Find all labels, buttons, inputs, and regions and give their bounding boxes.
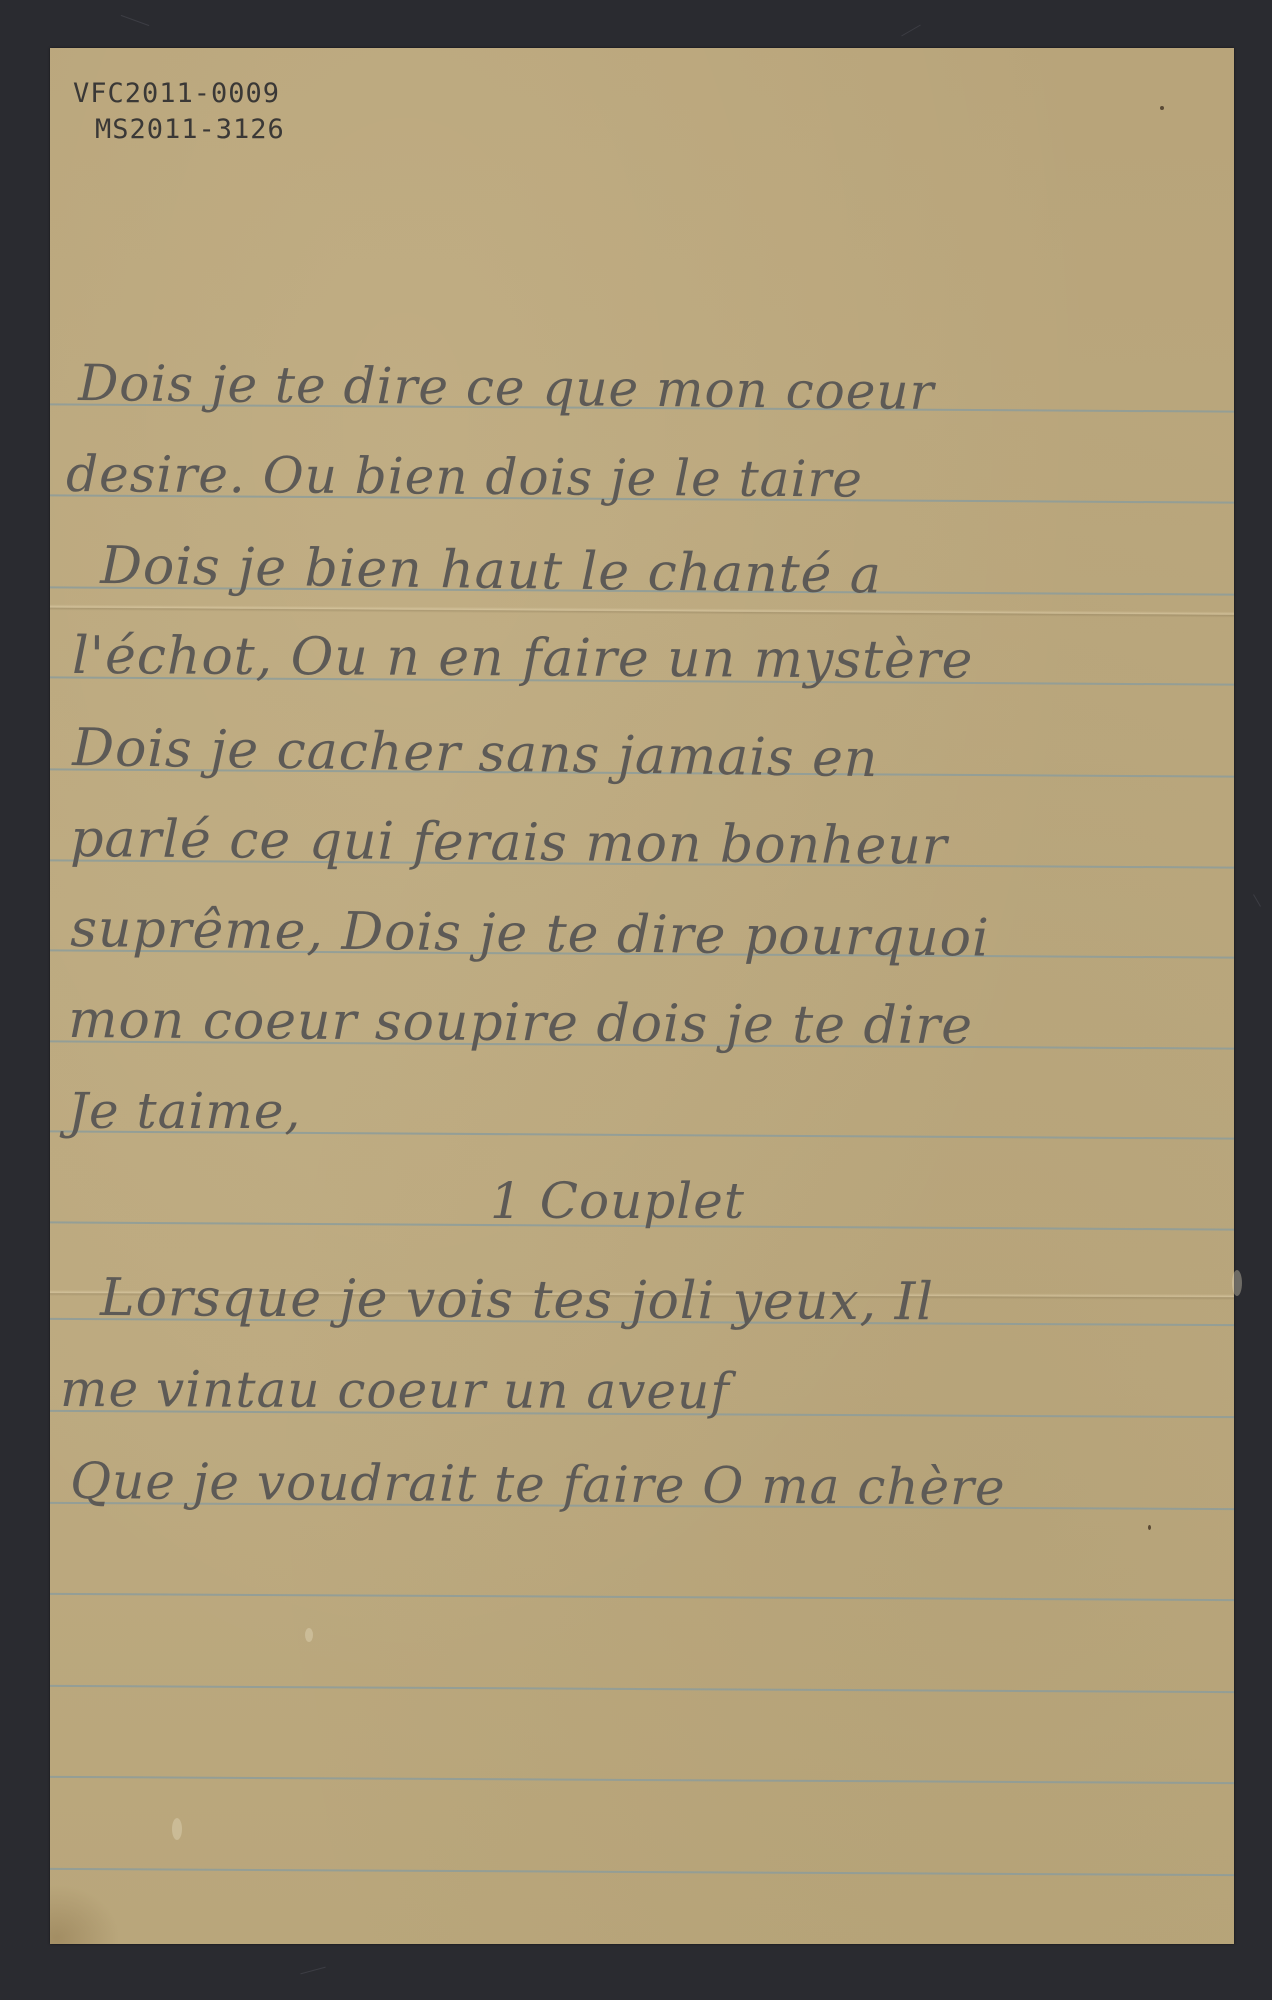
rule-line (50, 1868, 1234, 1876)
paper-spot (1232, 1270, 1242, 1296)
ink-dot (1148, 1525, 1151, 1530)
lyric-line-2: desire. Ou bien dois je le taire (66, 449, 863, 505)
rule-line (50, 1776, 1234, 1784)
section-heading-couplet: 1 Couplet (490, 1176, 745, 1226)
lyric-line-11: me vintau coeur un aveuf (60, 1364, 730, 1416)
lyric-line-4: l'échot, Ou n en faire un mystère (72, 630, 974, 687)
backdrop-texture (300, 1967, 325, 1975)
lyric-line-8: mon coeur soupire dois je te dire (68, 994, 973, 1052)
lyric-line-10: Lorsque je vois tes joli yeux, Il (100, 1272, 934, 1328)
paper-spot (305, 1628, 313, 1642)
paper-spot (172, 1818, 182, 1840)
fold-crease-upper (50, 604, 1234, 617)
paper-stain (50, 1884, 120, 1944)
backdrop-texture (1253, 894, 1261, 907)
rule-line (50, 1593, 1234, 1601)
lyric-line-6: parlé ce qui ferais mon bonheur (70, 813, 948, 873)
backdrop-texture (121, 15, 150, 26)
lyric-line-9: Je taime, (68, 1086, 301, 1136)
accession-number-vfc: VFC2011-0009 (73, 80, 280, 107)
lyric-line-12: Que je voudrait te faire O ma chère (70, 1456, 1006, 1513)
rule-line (50, 1685, 1234, 1693)
lyric-line-7: suprême, Dois je te dire pourquoi (70, 903, 990, 965)
backdrop-texture (901, 25, 921, 37)
lyric-line-1: Dois je te dire ce que mon coeur (78, 358, 935, 417)
lyric-line-5: Dois je cacher sans jamais en (72, 722, 879, 785)
ink-dot (1160, 106, 1164, 110)
accession-number-ms: MS2011-3126 (95, 116, 285, 143)
lyric-line-3: Dois je bien haut le chanté a (100, 540, 882, 602)
